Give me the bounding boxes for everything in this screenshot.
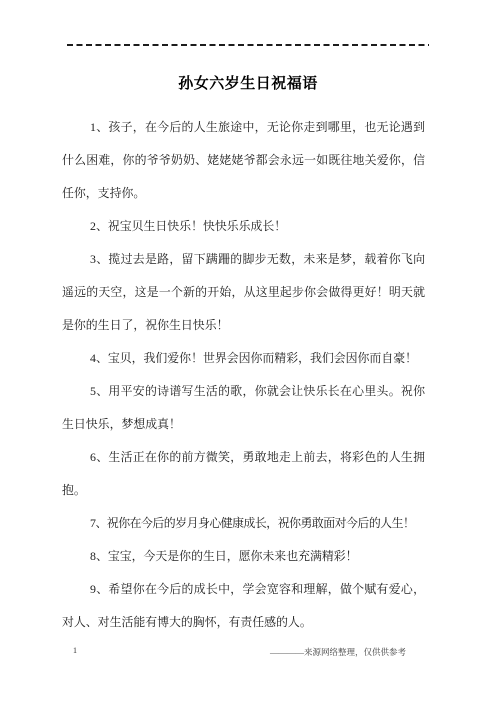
text-line: 2、祝宝贝生日快乐！快快乐乐成长！ [62,210,425,243]
paragraph: 4、宝贝，我们爱你！世界会因你而精彩，我们会因你而自豪！ [62,342,425,375]
text-line: 抱。 [62,474,425,507]
text-line: 6、生活正在你的前方微笑，勇敢地走上前去，将彩色的人生拥 [62,441,425,474]
text-line: 是你的生日了，祝你生日快乐！ [62,309,425,342]
footer-source-note: ————来源网络整理，仅供供参考 [270,646,406,658]
paragraph: 6、生活正在你的前方微笑，勇敢地走上前去，将彩色的人生拥抱。 [62,441,425,507]
text-line: 任你，支持你。 [62,177,425,210]
document-page: 孙女六岁生日祝福语 1、孩子，在今后的人生旅途中，无论你走到哪里，也无论遇到什么… [0,0,496,702]
text-line: 7、祝你在今后的岁月身心健康成长，祝你勇敢面对今后的人生！ [62,507,425,540]
text-line: 5、用平安的诗谱写生活的歌，你就会让快乐长在心里头。祝你 [62,375,425,408]
document-title: 孙女六岁生日祝福语 [0,72,496,93]
paragraph: 7、祝你在今后的岁月身心健康成长，祝你勇敢面对今后的人生！ [62,507,425,540]
text-line: 什么困难，你的爷爷奶奶、姥姥姥爷都会永远一如既往地关爱你，信 [62,144,425,177]
paragraph: 2、祝宝贝生日快乐！快快乐乐成长！ [62,210,425,243]
text-line: 8、宝宝，今天是你的生日，愿你未来也充满精彩！ [62,540,425,573]
text-line: 对人、对生活能有博大的胸怀，有责任感的人。 [62,606,425,639]
paragraph: 3、揽过去是路，留下蹒跚的脚步无数，未来是梦，载着你飞向遥远的天空，这是一个新的… [62,243,425,342]
document-body: 1、孩子，在今后的人生旅途中，无论你走到哪里，也无论遇到什么困难，你的爷爷奶奶、… [62,111,425,639]
dashed-separator [67,44,429,46]
paragraph: 8、宝宝，今天是你的生日，愿你未来也充满精彩！ [62,540,425,573]
text-line: 9、希望你在今后的成长中，学会宽容和理解，做个赋有爱心， [62,573,425,606]
text-line: 3、揽过去是路，留下蹒跚的脚步无数，未来是梦，载着你飞向 [62,243,425,276]
text-line: 4、宝贝，我们爱你！世界会因你而精彩，我们会因你而自豪！ [62,342,425,375]
text-line: 1、孩子，在今后的人生旅途中，无论你走到哪里，也无论遇到 [62,111,425,144]
paragraph: 9、希望你在今后的成长中，学会宽容和理解，做个赋有爱心，对人、对生活能有博大的胸… [62,573,425,639]
paragraph: 5、用平安的诗谱写生活的歌，你就会让快乐长在心里头。祝你生日快乐，梦想成真！ [62,375,425,441]
paragraph: 1、孩子，在今后的人生旅途中，无论你走到哪里，也无论遇到什么困难，你的爷爷奶奶、… [62,111,425,210]
page-number: 1 [73,645,77,657]
text-line: 遥远的天空，这是一个新的开始，从这里起步你会做得更好！明天就 [62,276,425,309]
text-line: 生日快乐，梦想成真！ [62,408,425,441]
